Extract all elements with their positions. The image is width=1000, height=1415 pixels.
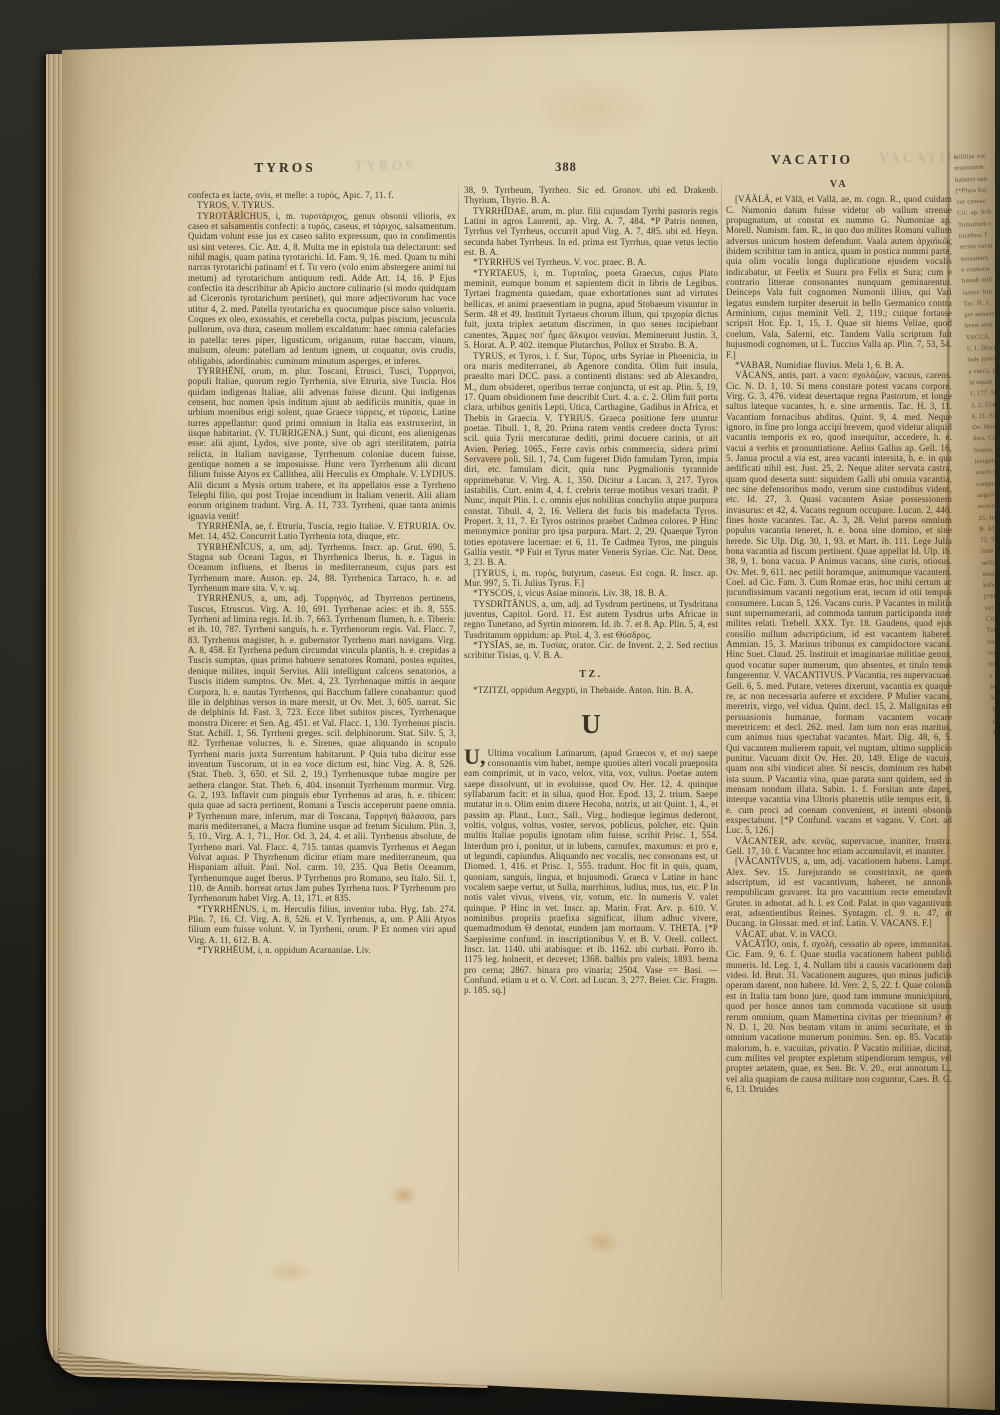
- dictionary-paragraph: confecta ex lacte, ovis, et melle: a τυρ…: [188, 190, 456, 200]
- adjacent-page-edge: militiae vacmunitatem.haberet ann[*Plura…: [953, 152, 995, 1302]
- dictionary-paragraph: TYROTĂRĪCHUS, i, m. τυροτάριχος, genus o…: [188, 211, 456, 366]
- dictionary-paragraph: *TYRRHĒNUS, i, m. Herculis filius, inven…: [188, 904, 456, 945]
- page-stain: [530, 74, 660, 144]
- edge-text-fragment: Ov. Met. 2,: [972, 421, 995, 434]
- dictionary-paragraph: TYRUS, et Tyros, i. f. Sur, Τύρος, urbs …: [464, 351, 718, 568]
- edge-text-fragment: beret anni: [965, 319, 995, 332]
- edge-text-fragment: VACCA,: [994, 736, 995, 749]
- edge-text-fragment: B. Afr. 7: [979, 522, 995, 535]
- edge-text-fragment: dres. Colu: [973, 432, 995, 445]
- dictionary-paragraph: TYRRHĒNĬCUS, a, um, adj. Tyrrhenus. Insc…: [188, 542, 456, 594]
- dictionary-paragraph: *TZITZI, oppidum Aegypti, in Thebaide. A…: [464, 685, 718, 695]
- column-rule-2: [721, 182, 722, 1300]
- text-column-1: confecta ex lacte, ovis, et melle: a τυρ…: [188, 190, 456, 1270]
- dictionary-paragraph: *TYSCOS, i, vicus Asiae minoris. Liv. 38…: [464, 588, 718, 598]
- edge-text-fragment: militiae vac: [981, 556, 995, 569]
- dictionary-paragraph: TYRRHĬDAE, arum, m. plur. filii cujusdam…: [464, 206, 718, 258]
- edge-text-fragment: Tumultum c: [986, 623, 995, 636]
- edge-text-fragment: per annuas: [992, 714, 995, 727]
- dictionary-paragraph: *TYSĬAS, ae, m. Τυσίας, orator. Cic. de …: [464, 640, 718, 661]
- edge-text-fragment: e contextu: [989, 669, 995, 682]
- edge-text-fragment: Item oppi: [981, 545, 995, 558]
- edge-text-fragment: compressis: [976, 477, 995, 490]
- dictionary-paragraph: VĂCAT, abat. V. in VACO.: [726, 929, 952, 939]
- book-page: TYROS TYROS 388 VACATIO VACATIO confecta…: [60, 14, 995, 1410]
- edge-text-fragment: notandum,: [988, 657, 995, 670]
- edge-text-fragment: vastis et l: [975, 466, 995, 479]
- adjacent-page-text: militiae vacmunitatem.haberet ann[*Plura…: [953, 152, 995, 1302]
- dictionary-paragraph: U, Ultima vocalium Latinarum, (apud Grae…: [464, 748, 718, 996]
- edge-text-fragment: 72. 'Hod: [980, 533, 995, 546]
- dictionary-paragraph: VĂCANS, antis, part. a vaco: σχολάζων, v…: [726, 370, 952, 835]
- dictionary-paragraph: VĂCANTER, adv. κενῶς, supervacue, inanit…: [726, 836, 952, 857]
- page-gutter-crease: [946, 14, 950, 1410]
- edge-text-fragment: lantur: hin: [991, 691, 995, 704]
- edge-text-fragment: beret anni: [993, 725, 995, 738]
- dictionary-paragraph: TZ.: [464, 670, 718, 680]
- dictionary-paragraph: *VABAR, Numidiae fluvius. Mela 1, 6. B. …: [726, 360, 952, 370]
- text-column-2: 38, 9. Tyrrheum, Tyrrheo. Sic ed. Gronov…: [464, 185, 718, 1280]
- dictionary-paragraph: TYSDRĬTĀNUS, a, um, adj. ad Tysdrum pert…: [464, 599, 718, 640]
- edge-text-fragment: hmodi mili: [962, 274, 995, 287]
- dictionary-paragraph: VĂCĀTĬO, onis, f. σχολή, cessatio ab ope…: [726, 939, 952, 1094]
- dictionary-paragraph: [TYRUS, i, m. τυρός, butyrum, caseus. Es…: [464, 568, 718, 589]
- dictionary-paragraph: [VĀĀLĀ, et Vālā, et Vallā, ae, m. cogn. …: [726, 194, 952, 360]
- book-photo: TYROS TYROS 388 VACATIO VACATIO confecta…: [0, 0, 1000, 1415]
- dictionary-paragraph: TYROS, V. TYRUS.: [188, 200, 456, 210]
- edge-text-fragment: munitatem.: [982, 567, 995, 580]
- dictionary-paragraph: *TYRTAEUS, i, m. Τυρταῖος, poeta Graecus…: [464, 268, 718, 351]
- edge-text-fragment: [*Plura huj: [984, 590, 995, 603]
- running-head-left-ghost-offset: TYROS: [315, 158, 455, 174]
- edge-text-fragment: insignia,: [974, 454, 995, 467]
- edge-text-fragment: rerum vacat: [988, 646, 995, 659]
- dictionary-paragraph: *TYRRHĒUM, i, n. oppidum Acarnaniae. Liv…: [188, 945, 456, 955]
- edge-text-fragment: a vacca. (: [968, 364, 995, 377]
- dictionary-paragraph: VA: [726, 180, 952, 190]
- edge-text-fragment: nomine flu: [977, 500, 995, 513]
- dictionary-paragraph: TYRRHĒNI, orum, m. plur. Toscani, Etrusc…: [188, 366, 456, 521]
- edge-text-fragment: Cic. ap. Sch: [985, 612, 995, 625]
- edge-text-fragment: 25. Item o: [978, 511, 995, 524]
- edge-text-fragment: hmodi mili: [990, 680, 995, 693]
- dictionary-paragraph: TYRRHĒNUS, a, um, adj. Τυρρηνός, ad Thyr…: [188, 593, 456, 903]
- edge-text-fragment: inde juven: [967, 353, 995, 366]
- edge-text-fragment: ver causae: [985, 601, 995, 614]
- dictionary-paragraph: 38, 9. Tyrrheum, Tyrrheo. Sic ed. Gronov…: [464, 185, 718, 206]
- edge-text-fragment: rerum vacat: [959, 240, 995, 253]
- dictionary-paragraph: *TYRRHUS vel Tyrrheus. V. voc. praec. B.…: [464, 257, 718, 267]
- dictionary-paragraph: U: [464, 709, 718, 739]
- dictionary-paragraph: [VĂCANTĪVUS, a, um, adj. vacationem habe…: [726, 856, 952, 928]
- edge-text-fragment: Tumultum c: [958, 218, 995, 231]
- edge-text-fragment: firmae, lu: [973, 443, 995, 456]
- column-rule-1: [458, 186, 459, 1272]
- text-column-3: VA[VĀĀLĀ, et Vālā, et Vallā, ae, m. cogn…: [726, 180, 952, 1285]
- edge-text-fragment: Tac. H. 1,: [992, 702, 995, 715]
- edge-text-fragment: 4, 21. Sic: [971, 409, 995, 422]
- edge-text-fragment: 1, 177. feta: [970, 387, 995, 400]
- edge-text-fragment: haberet ann: [983, 578, 995, 591]
- edge-text-fragment: angelis mo: [977, 488, 995, 501]
- dictionary-paragraph: TYRRHĒNĬA, ae, f. Etruria, Tuscia, regio…: [188, 521, 456, 542]
- page-number: 388: [496, 160, 636, 175]
- edge-text-fragment: tinathus. I: [987, 635, 995, 648]
- edge-text-fragment: 3, 2, 534: [970, 398, 995, 411]
